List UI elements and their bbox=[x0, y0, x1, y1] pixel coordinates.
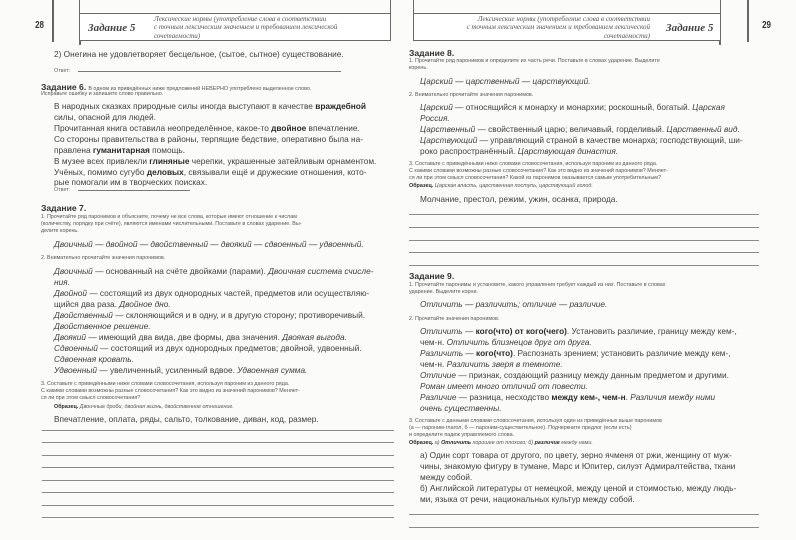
writing-line[interactable] bbox=[409, 514, 759, 515]
example: Двоякая выгода. bbox=[282, 332, 347, 342]
task7-step2: 2. Внимательно прочитайте значения парон… bbox=[41, 255, 165, 262]
sample-text: хорошее от плохого; б) bbox=[471, 440, 535, 446]
example: Двойное дно. bbox=[119, 299, 170, 309]
sentence-text: В народных сказках природные силы иногда… bbox=[54, 101, 315, 111]
paronym-word: Различить bbox=[420, 348, 463, 358]
sample-text: между нами. bbox=[560, 440, 593, 446]
highlighted-word: двойное bbox=[271, 123, 306, 133]
paronym-word: Удвоенный bbox=[54, 365, 97, 375]
definition-text: — разница, несходство bbox=[456, 392, 551, 402]
example: Россия. bbox=[420, 113, 450, 123]
writing-line[interactable] bbox=[42, 505, 394, 506]
sentence-text: Учёных, помимо сугубо bbox=[54, 167, 147, 177]
sample-text: Царская власть, царственная поступь, цар… bbox=[433, 183, 593, 189]
example: Царствующая династия. bbox=[518, 146, 618, 156]
task9-step3: (а — пароним-глагол, б — пароним-существ… bbox=[409, 425, 632, 432]
sample-text: Двоичные дроби, двойная жизнь, двойствен… bbox=[78, 404, 234, 410]
task9-step3: и определите падеж управляемого слова. bbox=[409, 432, 514, 439]
answer-field[interactable] bbox=[78, 71, 341, 72]
definition: Двойственный — склоняющийся и в одну, и … bbox=[54, 310, 365, 320]
task8-step3: С какими словами возможны разные словосо… bbox=[409, 168, 668, 175]
task6-instruction-cont: Исправьте ошибку и запишите слово правил… bbox=[41, 91, 163, 98]
sentence-text: силы, опасной для людей. bbox=[54, 112, 156, 122]
definition-text: — признак, создающий разницу между данны… bbox=[456, 370, 729, 380]
sentence-text: впечатление. bbox=[306, 123, 360, 133]
definition: Царственный — свойственный царю; величав… bbox=[420, 124, 740, 134]
sentence-text: правлена bbox=[54, 145, 93, 155]
definition: Удвоенный — увеличенный, усиленный вдвое… bbox=[54, 365, 307, 375]
writing-line[interactable] bbox=[42, 455, 394, 456]
writing-line[interactable] bbox=[42, 517, 394, 518]
exercise-line: чины, знакомую фигуру в тумане, Марс и Ю… bbox=[420, 461, 735, 471]
example: Двоичная система счисле- bbox=[268, 266, 373, 276]
sentence-text: черепки, украшенные затейливым орнаменто… bbox=[189, 156, 376, 166]
writing-line[interactable] bbox=[42, 480, 394, 481]
sample-bold: различие bbox=[535, 440, 560, 446]
task7-step3: 3. Составьте с приведёнными ниже словами… bbox=[41, 381, 289, 388]
task8-paronym-row: Царский — царственный — царствующий. bbox=[420, 76, 591, 86]
dash: — bbox=[463, 326, 476, 336]
task9-sample: Образец. а) Отличить хорошее от плохого;… bbox=[409, 440, 593, 447]
writing-line[interactable] bbox=[42, 492, 394, 493]
example: Сдвоенная кровать. bbox=[54, 354, 134, 364]
task6-sentence: Прочитанная книга оставила неопределённо… bbox=[54, 123, 360, 133]
task6-sentence: Со стороны правительства в районы, терпя… bbox=[54, 134, 363, 144]
task7-step1: делите корень. bbox=[41, 228, 79, 235]
sample-label: Образец. bbox=[409, 183, 433, 189]
definition-text: — склоняющийся и в одну, и в другую стор… bbox=[113, 310, 365, 320]
task6-answer-field[interactable] bbox=[78, 190, 190, 191]
exercise-line: ми, языка от речи, национальных культур … bbox=[420, 494, 635, 504]
task9-paronym-row: Отличить — различить; отличие — различие… bbox=[420, 299, 607, 309]
example: Различия между ними bbox=[630, 392, 715, 402]
definition-cont: ния. bbox=[54, 277, 70, 287]
sample-bold: Отличить bbox=[441, 440, 471, 446]
task7-step3: С какими словами возможны разные словосо… bbox=[41, 388, 300, 395]
definition: Двоичный — основанный на счёте двойками … bbox=[54, 266, 373, 276]
paronym-word: Двоичный bbox=[54, 266, 93, 276]
paronym-word: Двойственный bbox=[54, 310, 113, 320]
left-page: 28 Задание 5 Лексические нормы (употребл… bbox=[0, 0, 398, 540]
example: Различить зверя в темноте. bbox=[447, 359, 563, 369]
definition: Различие — разница, несходство между кем… bbox=[420, 392, 715, 402]
paronym-word: Различие bbox=[420, 392, 456, 402]
highlighted-word: деловых bbox=[147, 167, 184, 177]
task8-title: Задание 8. bbox=[409, 48, 454, 58]
task8-word-list: Молчание, престол, режим, ужин, осанка, … bbox=[420, 194, 618, 204]
sample-text: а) bbox=[433, 440, 441, 446]
definition: Сдвоенный — состоящий из двух однородных… bbox=[54, 343, 362, 353]
task7-title: Задание 7. bbox=[41, 203, 86, 213]
sentence-text: рые помогали им в творческих поисках. bbox=[54, 177, 207, 187]
paronym-word: Царствующий bbox=[420, 135, 477, 145]
right-page: 29 Лексические нормы (употребление слова… bbox=[398, 0, 796, 540]
task6-sentence: силы, опасной для людей. bbox=[54, 112, 156, 122]
writing-line[interactable] bbox=[409, 265, 759, 266]
paronym-word: Отличить bbox=[420, 326, 463, 336]
definition: Различить — кого(что). Распознать зрение… bbox=[420, 348, 731, 358]
definition: Двойной — состоящий из двух однородных ч… bbox=[54, 288, 369, 298]
task9-step3: 3. Составьте с данными словами словосоче… bbox=[409, 418, 662, 425]
definition-text: — основанный на счёте двойками (парами). bbox=[93, 266, 268, 276]
task9-title: Задание 9. bbox=[409, 271, 454, 281]
writing-line[interactable] bbox=[409, 252, 759, 253]
writing-line[interactable] bbox=[409, 240, 759, 241]
task8-step3: ся ли при этом смысл словосочетания? Как… bbox=[409, 175, 661, 182]
definition-text: чем-н. bbox=[420, 337, 447, 347]
task6-sentence: правлена гуманитарная помощь. bbox=[54, 145, 185, 155]
definition-text: — состоящий из двух однородных предметов… bbox=[98, 343, 362, 353]
sample-label: Образец. bbox=[409, 440, 433, 446]
task7-step3: ся ли при этом смысл словосочетания? bbox=[41, 395, 140, 402]
right-content: Задание 8. 1. Прочитайте ряд паронимов и… bbox=[398, 0, 796, 540]
task9-step1: 1. Прочитайте паронимы и установите, как… bbox=[409, 282, 665, 289]
task8-step2: 2. Внимательно прочитайте значения парон… bbox=[409, 92, 533, 99]
task8-step3: 3. Составьте с приведёнными ниже словами… bbox=[409, 161, 657, 168]
definition-cont: чем-н. Отличить близнецов друг от друга. bbox=[420, 337, 592, 347]
exercise-line: б) Английской литературы от немецкой, ме… bbox=[420, 483, 736, 493]
writing-line[interactable] bbox=[409, 214, 759, 215]
task7-paronym-row: Двоичный — двойной — двойственный — двоя… bbox=[54, 239, 364, 249]
task6-sentence: В музее всех привлекли глиняные черепки,… bbox=[54, 156, 376, 166]
sentence-text: В музее всех привлекли bbox=[54, 156, 149, 166]
definition-cont: щийся два раза. Двойное дно. bbox=[54, 299, 171, 309]
definition-cont: роко распространённый. Царствующая динас… bbox=[420, 146, 618, 156]
definition-text: — относящийся к монарху и монархии; роск… bbox=[453, 102, 692, 112]
definition-cont: чем-н. Различить зверя в темноте. bbox=[420, 359, 563, 369]
task7-sample: Образец. Двоичные дроби, двойная жизнь, … bbox=[54, 404, 234, 411]
highlighted-word: глиняные bbox=[149, 156, 189, 166]
dash: — bbox=[463, 348, 476, 358]
definition-text: — свойственный царю; величавый, горделив… bbox=[475, 124, 666, 134]
example: Отличить близнецов друг от друга. bbox=[447, 337, 592, 347]
book-spread: 28 Задание 5 Лексические нормы (употребл… bbox=[0, 0, 796, 540]
definition: Царствующий — управляющий страной в каче… bbox=[420, 135, 743, 145]
example: Царственный вид. bbox=[666, 124, 739, 134]
exercise-line: между собой. bbox=[420, 472, 472, 482]
task7-word-list: Впечатление, оплата, ряды, сальто, толко… bbox=[54, 414, 319, 424]
task9-step2: 2. Прочитайте значения паронимов. bbox=[409, 316, 499, 323]
paronym-word: Царский bbox=[420, 102, 453, 112]
definition-text: — управляющий страной в качестве монарха… bbox=[477, 135, 742, 145]
example: Роман имеет много отличий от повести. bbox=[420, 381, 588, 391]
definition-text: — состоящий из двух однородных частей, п… bbox=[87, 288, 369, 298]
paronym-word: Отличие bbox=[420, 370, 456, 380]
definition-text: — имеющий два вида, две формы, два значе… bbox=[86, 332, 282, 342]
definition: Двоякий — имеющий два вида, две формы, д… bbox=[54, 332, 347, 342]
task9-step1: ударение. Выделите корни. bbox=[409, 289, 478, 296]
task8-step1: 1. Прочитайте ряд паронимов и определите… bbox=[409, 58, 660, 65]
example: Удвоенная сумма. bbox=[237, 365, 307, 375]
sentence-text: Со стороны правительства в районы, терпя… bbox=[54, 134, 363, 144]
left-content: 2) Онегина не удовлетворяет бесцельное, … bbox=[0, 0, 398, 540]
task8-step1: корень. bbox=[409, 65, 428, 72]
task6-sentence: рые помогали им в творческих поисках. bbox=[54, 177, 207, 187]
task6-sentence: В народных сказках природные силы иногда… bbox=[54, 101, 366, 111]
writing-line[interactable] bbox=[42, 430, 394, 431]
definition-text: щийся два раза. bbox=[54, 299, 119, 309]
sentence-text: Прочитанная книга оставила неопределённо… bbox=[54, 123, 271, 133]
sentence-text: , связывали ещё и дружеские отношения, к… bbox=[184, 167, 367, 177]
task7-step1: 1. Прочитайте ряд паронимов и объясните,… bbox=[41, 214, 297, 221]
task6-sentence: Учёных, помимо сугубо деловых, связывали… bbox=[54, 167, 366, 177]
example: очень существенны. bbox=[420, 403, 502, 413]
definition-text: . Установить различие, границу между кем… bbox=[567, 326, 737, 336]
highlighted-word: враждебной bbox=[315, 101, 366, 111]
writing-line[interactable] bbox=[42, 467, 394, 468]
definition-text: роко распространённый. bbox=[420, 146, 518, 156]
answer-label: Ответ: bbox=[54, 66, 70, 76]
paronym-word: Двойной bbox=[54, 288, 87, 298]
task7-step1: (количеству, порядку при счёте), являютс… bbox=[41, 221, 302, 228]
writing-line[interactable] bbox=[409, 527, 759, 528]
definition: Отличить — кого(что) от кого(чего). Уста… bbox=[420, 326, 737, 336]
item-2-text: 2) Онегина не удовлетворяет бесцельное, … bbox=[54, 49, 344, 59]
definition-text: . Распознать зрением; установить различи… bbox=[513, 348, 731, 358]
highlighted-word: гуманитарная bbox=[93, 145, 150, 155]
government-pattern: кого(что) bbox=[476, 348, 513, 358]
paronym-word: Царственный bbox=[420, 124, 475, 134]
example: Двойственное решение. bbox=[54, 321, 151, 331]
answer-label: Ответ: bbox=[54, 185, 70, 195]
definition: Царский — относящийся к монарху и монарх… bbox=[420, 102, 725, 112]
sample-label: Образец. bbox=[54, 404, 78, 410]
sentence-text: помощь. bbox=[150, 145, 185, 155]
exercise-line: а) Один сорт товара от другого, по цвету… bbox=[420, 450, 732, 460]
definition-text: чем-н. bbox=[420, 359, 447, 369]
writing-line[interactable] bbox=[409, 227, 759, 228]
definition: Отличие — признак, создающий разницу меж… bbox=[420, 370, 729, 380]
paronym-word: Сдвоенный bbox=[54, 343, 98, 353]
government-pattern: кого(что) от кого(чего) bbox=[476, 326, 567, 336]
example: Царская bbox=[692, 102, 725, 112]
definition-text: — увеличенный, усиленный вдвое. bbox=[97, 365, 237, 375]
government-pattern: между кем-, чем-н bbox=[551, 392, 625, 402]
task8-sample: Образец. Царская власть, царственная пос… bbox=[409, 183, 593, 190]
writing-line[interactable] bbox=[42, 442, 394, 443]
paronym-word: Двоякий bbox=[54, 332, 86, 342]
